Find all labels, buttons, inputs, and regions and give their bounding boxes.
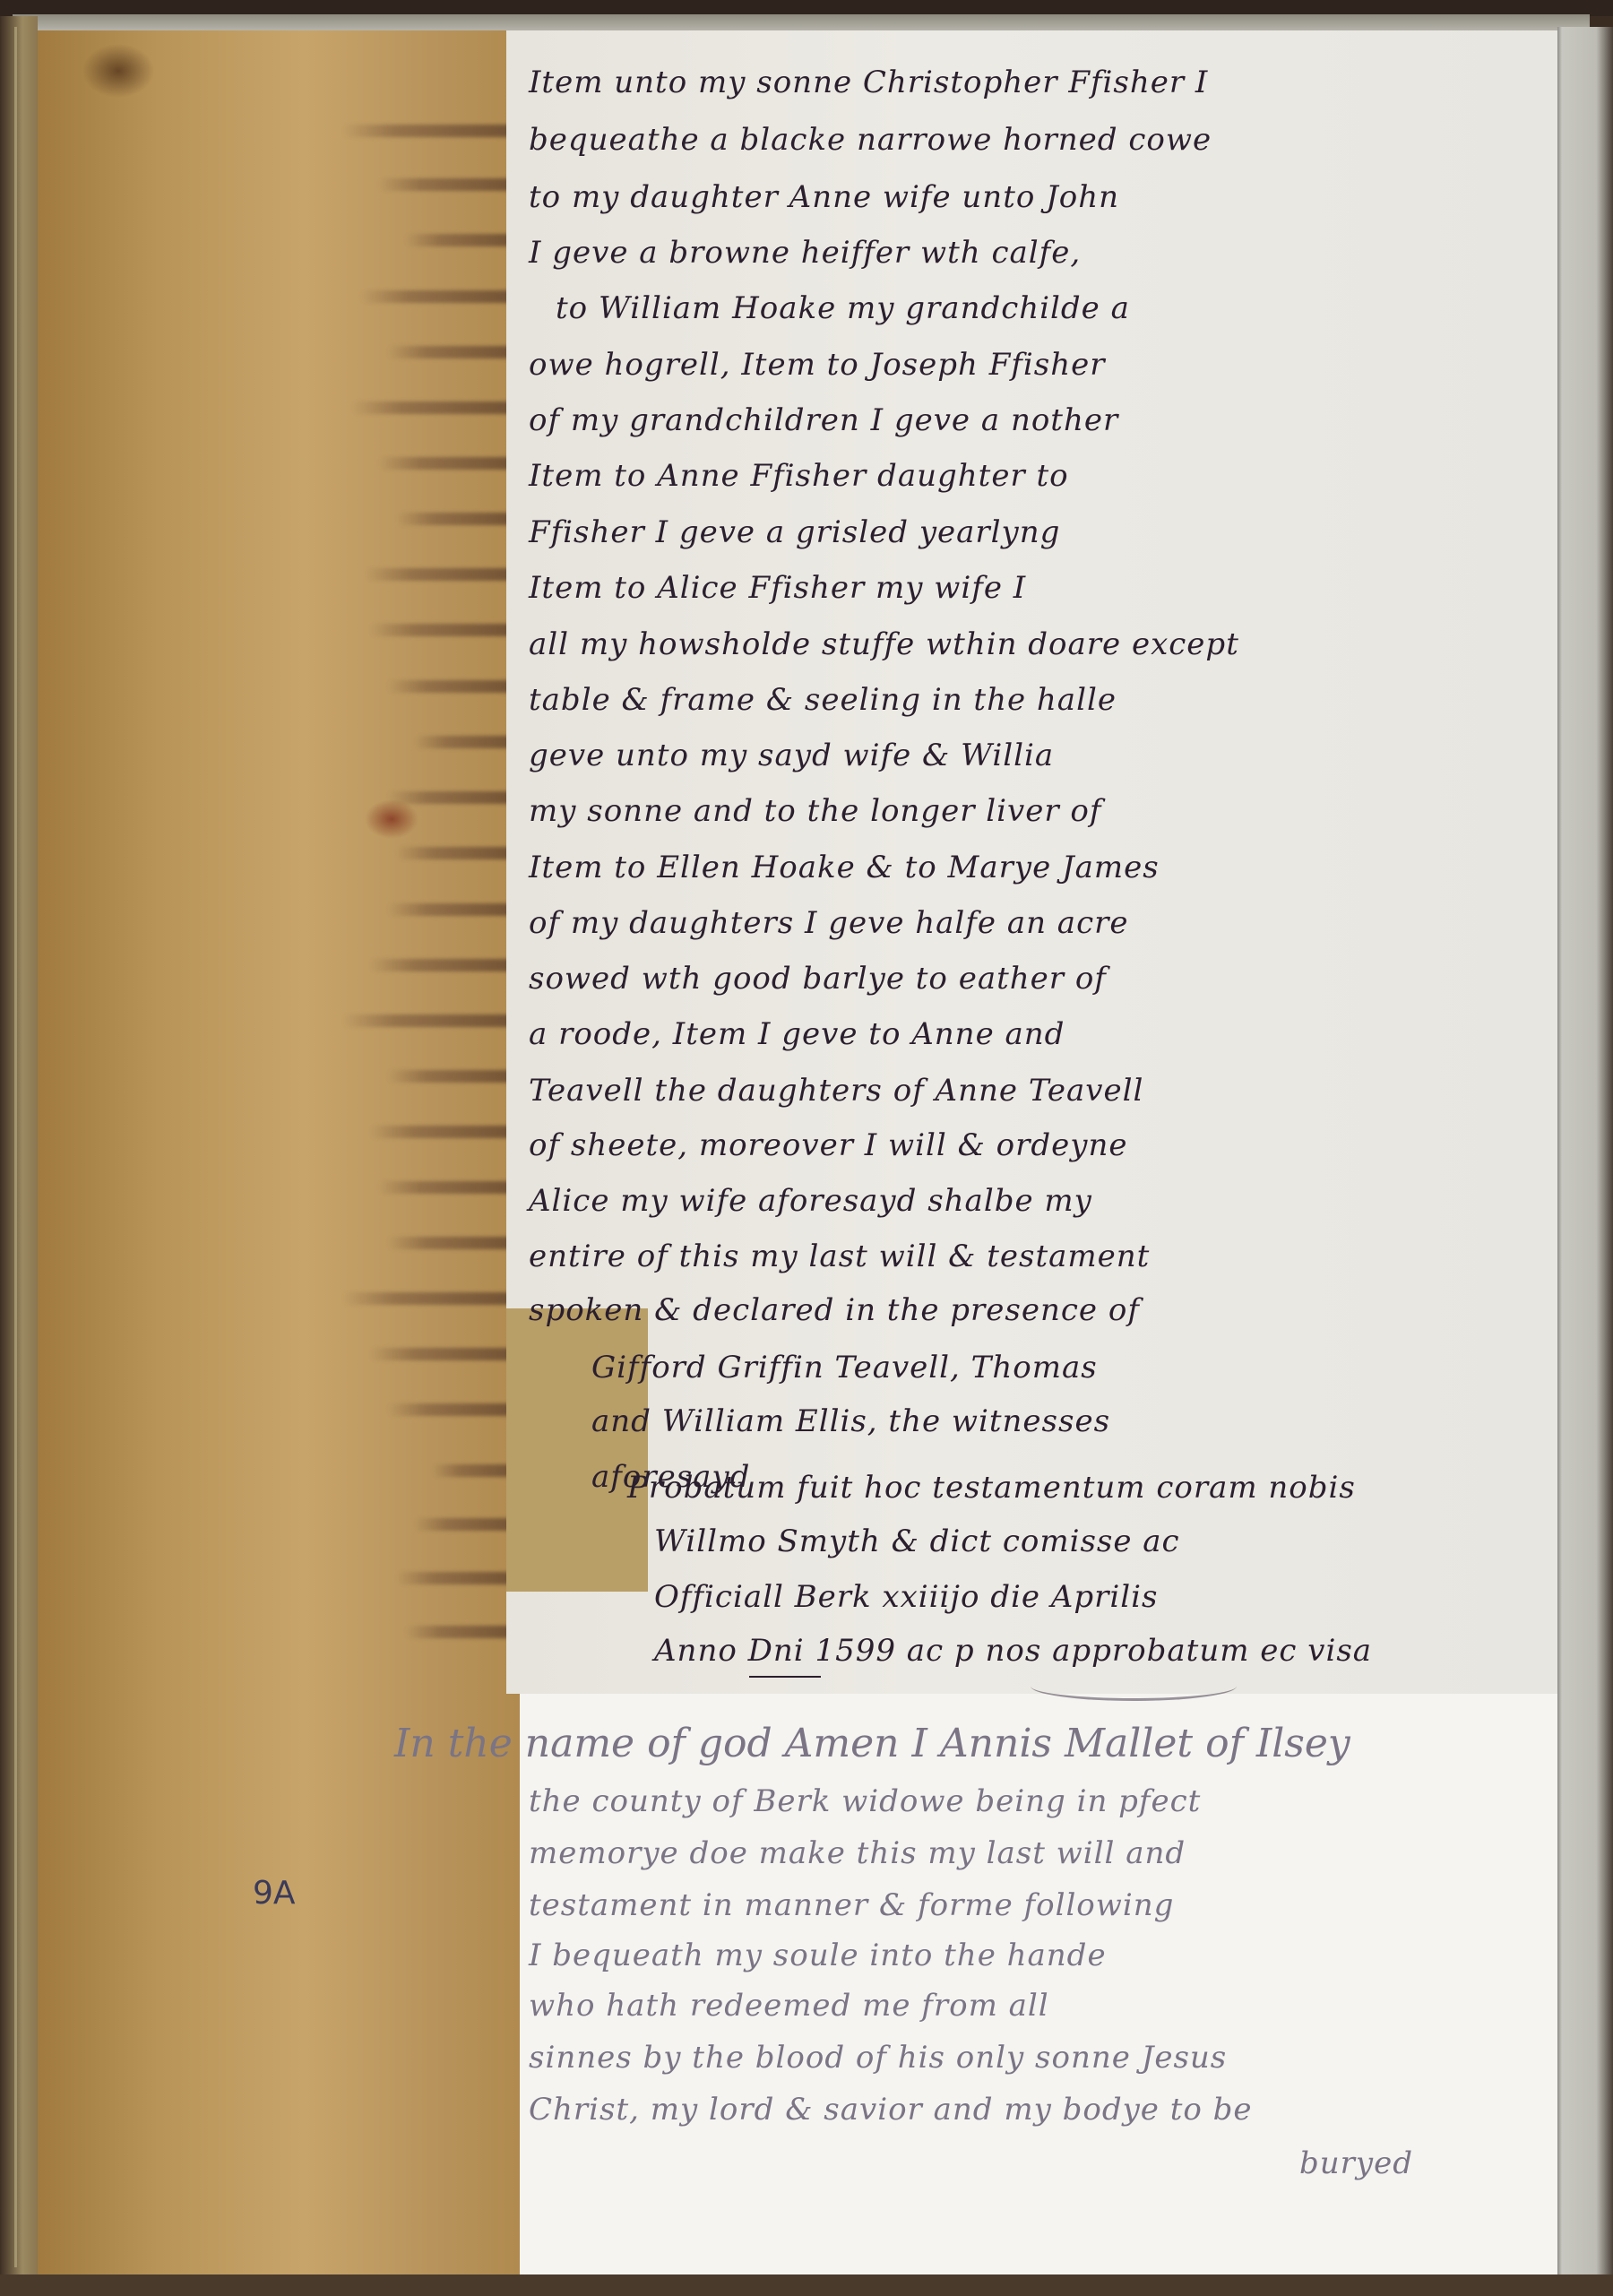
text-line: sowed wth good barlye to eather of bbox=[529, 961, 1107, 997]
text-line: sinnes by the blood of his only sonne Je… bbox=[529, 2040, 1227, 2076]
bleed-line bbox=[369, 959, 522, 971]
text-line: Item unto my sonne Christopher Ffisher I bbox=[529, 65, 1208, 100]
text-line: Alice my wife aforesayd shalbe my bbox=[529, 1183, 1092, 1219]
bleed-line bbox=[387, 1237, 522, 1249]
text-line: of sheete, moreover I will & ordeyne bbox=[529, 1127, 1127, 1163]
text-line: table & frame & seeling in the halle bbox=[529, 682, 1117, 718]
bleed-through-ink bbox=[38, 30, 522, 1706]
text-line: owe hogrell, Item to Joseph Ffisher bbox=[529, 347, 1105, 383]
text-line: all my howsholde stuffe wthin doare exce… bbox=[529, 626, 1239, 662]
bleed-line bbox=[405, 1626, 522, 1638]
bleed-line bbox=[351, 401, 522, 414]
text-line: and William Ellis, the witnesses bbox=[591, 1403, 1110, 1439]
text-line: to my daughter Anne wife unto John bbox=[529, 179, 1119, 215]
folio-number: 9A bbox=[253, 1875, 296, 1912]
bleed-line bbox=[342, 1292, 522, 1305]
bleed-line bbox=[387, 1070, 522, 1083]
text-line: spoken & declared in the presence of bbox=[529, 1292, 1140, 1328]
signature-flourish bbox=[1031, 1671, 1237, 1701]
text-line: a roode, Item I geve to Anne and bbox=[529, 1016, 1065, 1052]
text-line: to William Hoake my grandchilde a bbox=[556, 290, 1130, 326]
bleed-line bbox=[369, 624, 522, 636]
bleed-line bbox=[369, 1126, 522, 1138]
text-line: of my daughters I geve halfe an acre bbox=[529, 905, 1128, 941]
binding-bottom-edge bbox=[0, 2274, 1613, 2296]
bleed-line bbox=[342, 125, 522, 137]
binding-left-line bbox=[14, 27, 17, 2267]
bleed-line bbox=[387, 346, 522, 358]
text-line: memorye doe make this my last will and bbox=[529, 1835, 1186, 1871]
text-line: entire of this my last will & testament bbox=[529, 1239, 1150, 1274]
text-line: Gifford Griffin Teavell, Thomas bbox=[591, 1350, 1098, 1385]
text-line: Item to Ellen Hoake & to Marye James bbox=[529, 850, 1160, 885]
bleed-line bbox=[369, 1348, 522, 1360]
will-heading: In the name of god Amen I Annis Mallet o… bbox=[394, 1721, 1350, 1766]
manuscript-page-lower bbox=[520, 1694, 1557, 2276]
binding-left-edge bbox=[0, 16, 38, 2296]
bleed-line bbox=[378, 1181, 522, 1194]
bleed-line bbox=[405, 234, 522, 246]
bleed-line bbox=[378, 457, 522, 470]
text-line: who hath redeemed me from all bbox=[529, 1988, 1049, 2024]
bleed-line bbox=[387, 791, 522, 804]
probate-line: Anno Dni 1599 ac p nos approbatum ec vis… bbox=[654, 1633, 1372, 1669]
probate-line: Willmo Smyth & dict comisse ac bbox=[654, 1523, 1180, 1559]
bleed-line bbox=[342, 1014, 522, 1027]
page-top-rim bbox=[13, 14, 1590, 32]
bleed-line bbox=[360, 290, 522, 303]
text-line: Teavell the daughters of Anne Teavell bbox=[529, 1073, 1143, 1109]
text-line: Item to Anne Ffisher daughter to bbox=[529, 458, 1069, 494]
probate-line: Probatum fuit hoc testamentum coram nobi… bbox=[627, 1470, 1356, 1506]
text-line: I geve a browne heiffer wth calfe, bbox=[529, 235, 1081, 271]
bleed-line bbox=[387, 680, 522, 693]
text-line: my sonne and to the longer liver of bbox=[529, 793, 1101, 829]
text-line: Ffisher I geve a grisled yearlyng bbox=[529, 514, 1060, 550]
bleed-line bbox=[396, 513, 522, 525]
text-line: testament in manner & forme following bbox=[529, 1887, 1174, 1923]
bleed-line bbox=[396, 1572, 522, 1584]
text-line: I bequeath my soule into the hande bbox=[529, 1938, 1107, 1973]
bleed-line bbox=[396, 847, 522, 859]
text-line: buryed bbox=[1299, 2145, 1413, 2181]
text-line: Item to Alice Ffisher my wife I bbox=[529, 570, 1026, 606]
text-line: the county of Berk widowe being in pfect bbox=[529, 1783, 1201, 1819]
year-underline bbox=[749, 1676, 821, 1678]
bleed-line bbox=[365, 568, 522, 581]
book-fore-edge bbox=[1557, 27, 1613, 2274]
text-line: of my grandchildren I geve a nother bbox=[529, 402, 1118, 438]
probate-line: Officiall Berk xxiiijo die Aprilis bbox=[654, 1579, 1158, 1615]
bleed-line bbox=[378, 178, 522, 191]
bleed-line bbox=[414, 1518, 522, 1531]
text-line: Christ, my lord & savior and my bodye to… bbox=[529, 2092, 1253, 2128]
bleed-line bbox=[387, 903, 522, 916]
text-line: geve unto my sayd wife & Willia bbox=[529, 738, 1054, 773]
bleed-line bbox=[387, 1403, 522, 1416]
text-line: bequeathe a blacke narrowe horned cowe bbox=[529, 122, 1212, 158]
bleed-line bbox=[414, 736, 522, 748]
